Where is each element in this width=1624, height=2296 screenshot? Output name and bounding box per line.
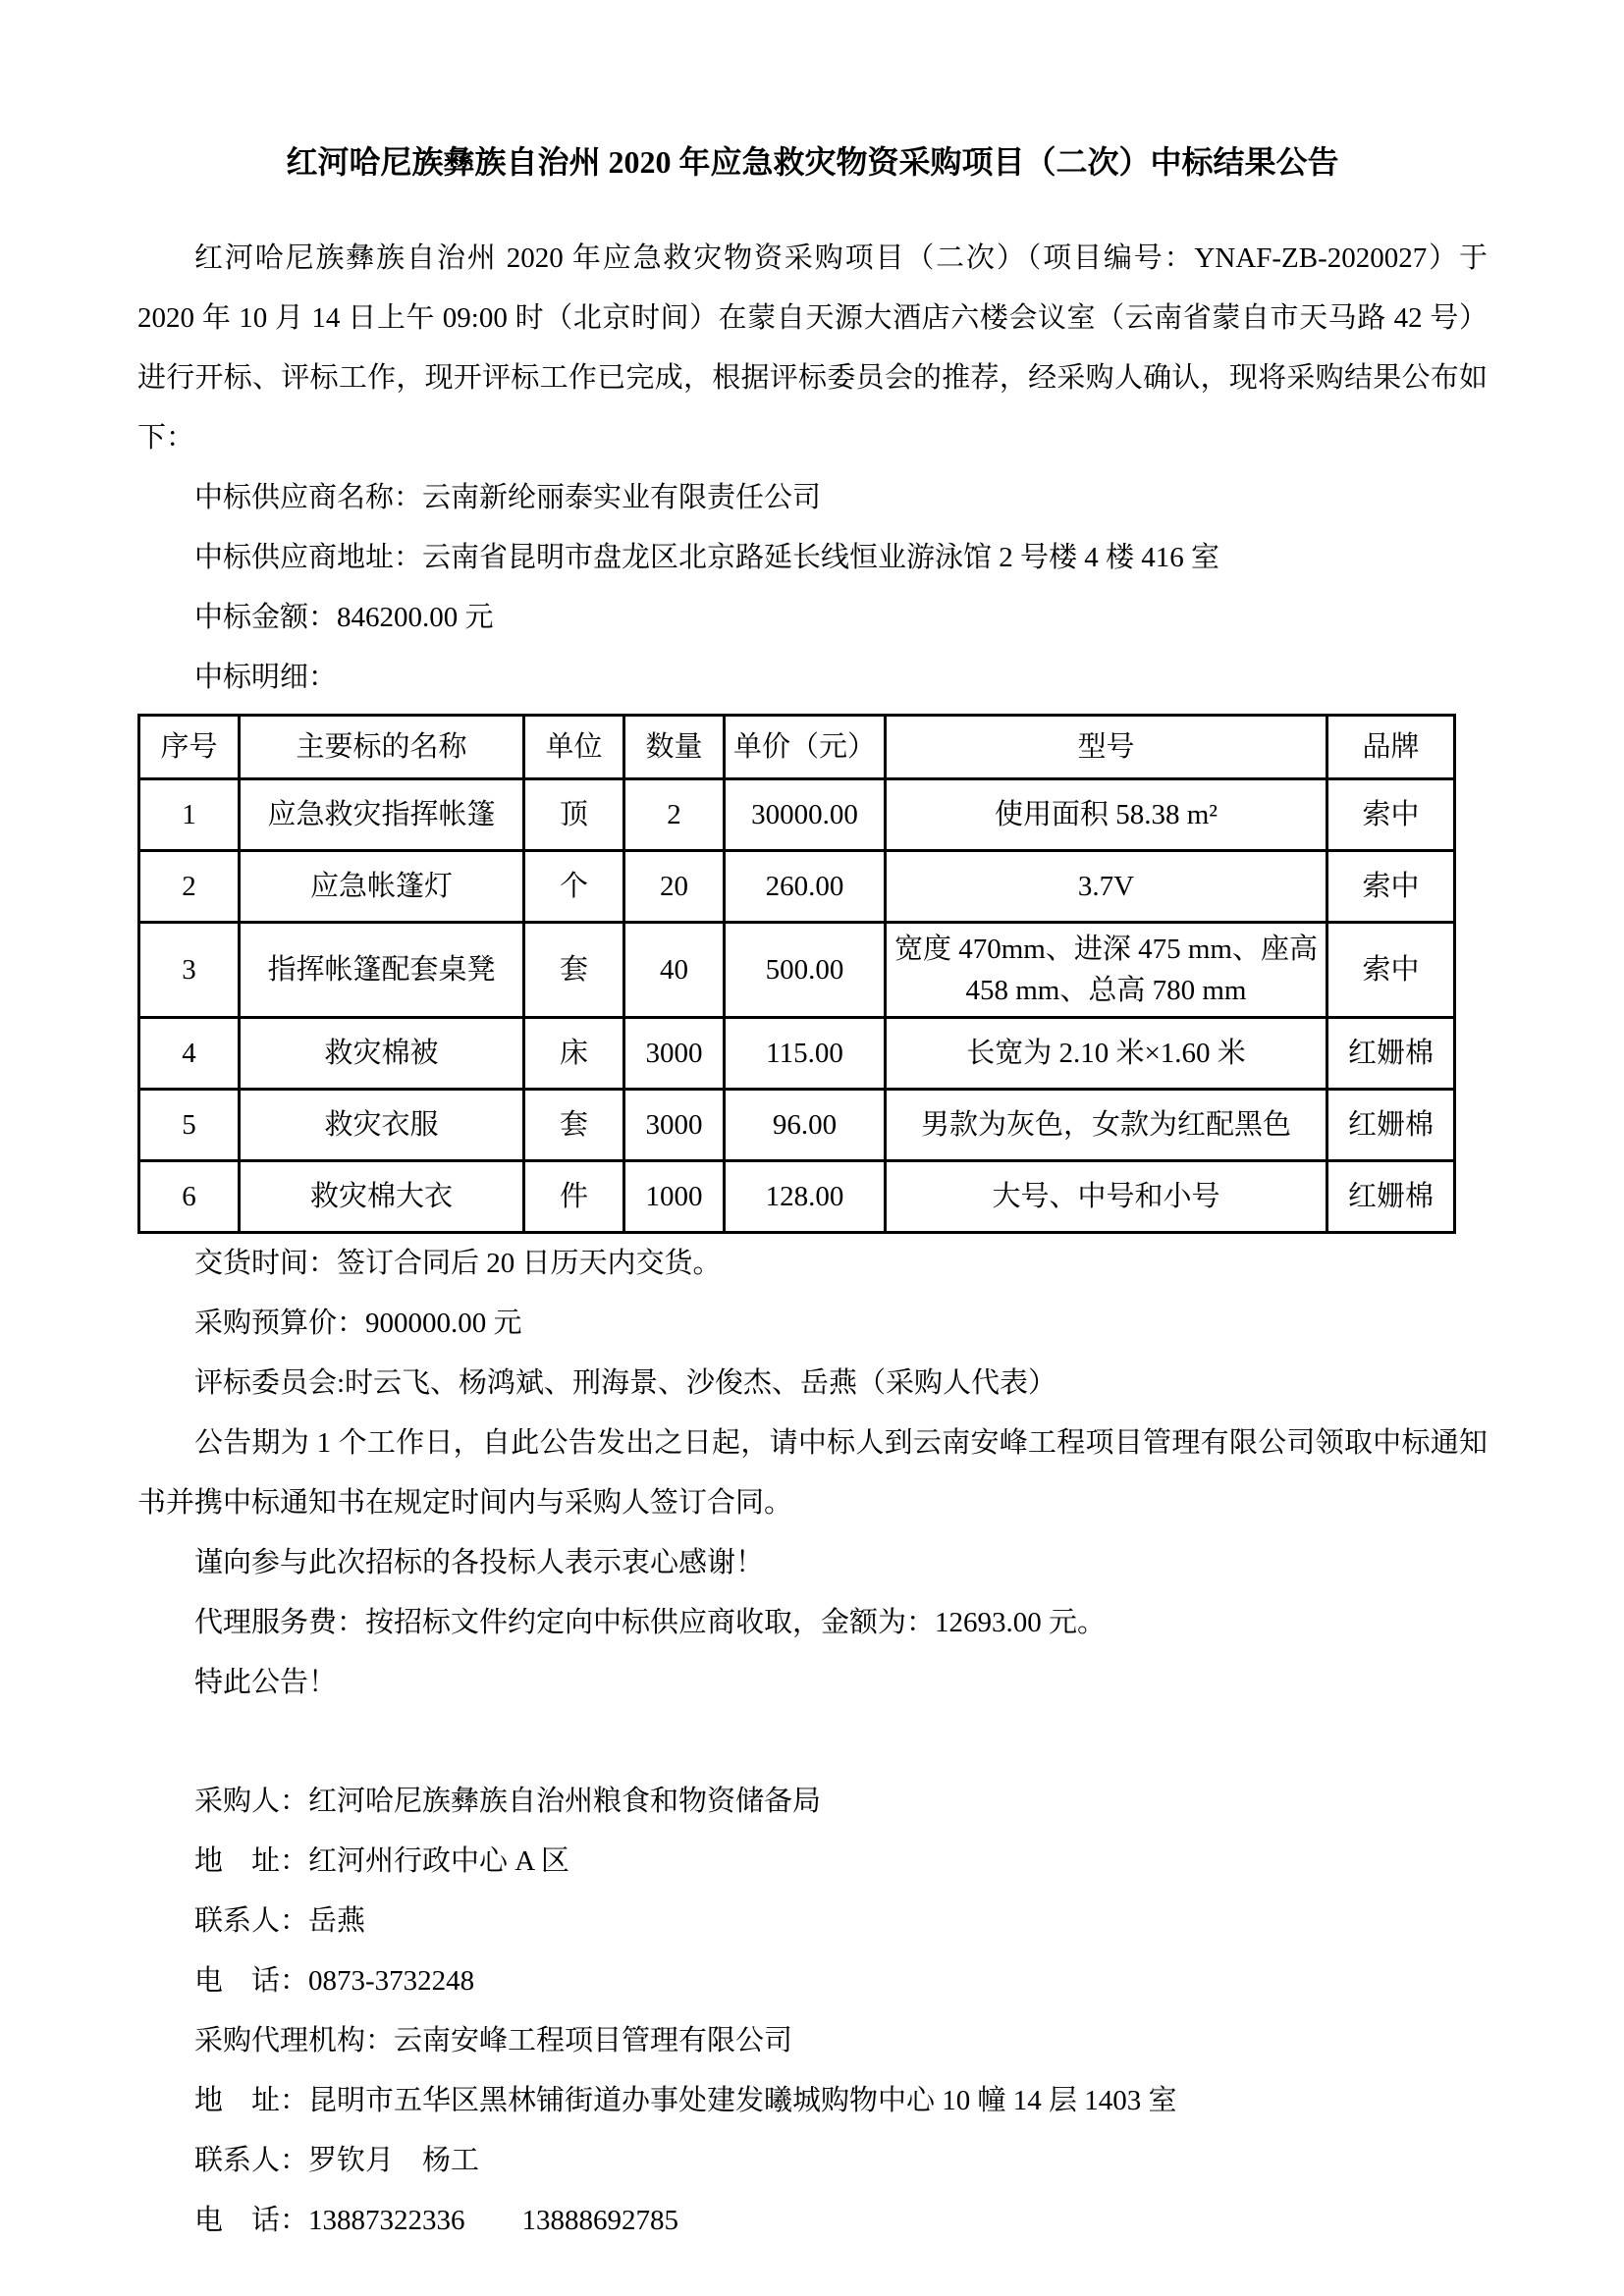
table-row: 5 救灾衣服 套 3000 96.00 男款为灰色，女款为红配黑色 红姗棉 [139,1090,1455,1161]
cell-quantity: 2 [624,779,725,851]
cell-model: 宽度 470mm、进深 475 mm、座高 458 mm、总高 780 mm [886,923,1327,1018]
notice-period-paragraph: 公告期为 1 个工作日，自此公告发出之日起，请中标人到云南安峰工程项目管理有限公… [137,1414,1488,1533]
cell-seq: 4 [139,1018,240,1090]
cell-model: 3.7V [886,851,1327,923]
purchaser-line: 采购人：红河哈尼族彝族自治州粮食和物资储备局 [137,1772,1488,1832]
cell-unit-price: 96.00 [725,1090,886,1161]
evaluation-committee-line: 评标委员会:时云飞、杨鸿斌、刑海景、沙俊杰、岳燕（采购人代表） [137,1354,1488,1414]
table-row: 1 应急救灾指挥帐篷 顶 2 30000.00 使用面积 58.38 m² 索中 [139,779,1455,851]
delivery-time-line: 交货时间：签订合同后 20 日历天内交货。 [137,1234,1488,1294]
cell-model: 大号、中号和小号 [886,1161,1327,1233]
agency-contact-line: 联系人：罗钦月 杨工 [137,2131,1488,2191]
conclusion-line: 特此公告！ [137,1653,1488,1713]
budget-price-line: 采购预算价：900000.00 元 [137,1294,1488,1354]
cell-item-name: 救灾棉被 [240,1018,524,1090]
col-header-model: 型号 [886,716,1327,779]
cell-seq: 2 [139,851,240,923]
col-header-item-name: 主要标的名称 [240,716,524,779]
thanks-line: 谨向参与此次招标的各投标人表示衷心感谢！ [137,1533,1488,1593]
cell-model: 长宽为 2.10 米×1.60 米 [886,1018,1327,1090]
purchaser-address-line: 地 址：红河州行政中心 A 区 [137,1832,1488,1892]
cell-model: 男款为灰色，女款为红配黑色 [886,1090,1327,1161]
cell-quantity: 3000 [624,1018,725,1090]
cell-unit-price: 260.00 [725,851,886,923]
cell-brand: 红姗棉 [1327,1090,1455,1161]
table-header-row: 序号 主要标的名称 单位 数量 单价（元） 型号 品牌 [139,716,1455,779]
cell-seq: 6 [139,1161,240,1233]
cell-unit: 个 [524,851,624,923]
supplier-address-line: 中标供应商地址：云南省昆明市盘龙区北京路延长线恒业游泳馆 2 号楼 4 楼 41… [137,528,1488,588]
agency-line: 采购代理机构：云南安峰工程项目管理有限公司 [137,2011,1488,2071]
cell-unit: 套 [524,1090,624,1161]
cell-quantity: 1000 [624,1161,725,1233]
purchaser-phone-line: 电 话：0873-3732248 [137,1951,1488,2011]
document-page: 红河哈尼族彝族自治州 2020 年应急救灾物资采购项目（二次）中标结果公告 红河… [0,0,1624,2296]
supplier-name-line: 中标供应商名称：云南新纶丽泰实业有限责任公司 [137,468,1488,528]
agency-phone-line: 电 话：13887322336 13888692785 [137,2191,1488,2251]
cell-brand: 索中 [1327,923,1455,1018]
col-header-quantity: 数量 [624,716,725,779]
cell-item-name: 指挥帐篷配套桌凳 [240,923,524,1018]
cell-model: 使用面积 58.38 m² [886,779,1327,851]
cell-quantity: 40 [624,923,725,1018]
cell-quantity: 3000 [624,1090,725,1161]
purchaser-contact-line: 联系人：岳燕 [137,1892,1488,1951]
cell-unit-price: 500.00 [725,923,886,1018]
col-header-unit-price: 单价（元） [725,716,886,779]
cell-seq: 3 [139,923,240,1018]
cell-unit: 床 [524,1018,624,1090]
cell-quantity: 20 [624,851,725,923]
cell-unit-price: 115.00 [725,1018,886,1090]
award-details-table: 序号 主要标的名称 单位 数量 单价（元） 型号 品牌 1 应急救灾指挥帐篷 顶… [137,714,1456,1234]
agency-fee-line: 代理服务费：按招标文件约定向中标供应商收取，金额为：12693.00 元。 [137,1593,1488,1653]
table-row: 2 应急帐篷灯 个 20 260.00 3.7V 索中 [139,851,1455,923]
cell-unit: 件 [524,1161,624,1233]
col-header-seq: 序号 [139,716,240,779]
cell-brand: 索中 [1327,851,1455,923]
award-detail-label: 中标明细： [137,648,1488,708]
cell-brand: 红姗棉 [1327,1018,1455,1090]
table-row: 6 救灾棉大衣 件 1000 128.00 大号、中号和小号 红姗棉 [139,1161,1455,1233]
col-header-brand: 品牌 [1327,716,1455,779]
cell-unit-price: 30000.00 [725,779,886,851]
cell-item-name: 应急帐篷灯 [240,851,524,923]
document-title: 红河哈尼族彝族自治州 2020 年应急救灾物资采购项目（二次）中标结果公告 [137,140,1488,184]
cell-item-name: 救灾衣服 [240,1090,524,1161]
intro-paragraph: 红河哈尼族彝族自治州 2020 年应急救灾物资采购项目（二次）（项目编号：YNA… [137,229,1488,468]
cell-unit: 套 [524,923,624,1018]
cell-unit: 顶 [524,779,624,851]
table-row: 3 指挥帐篷配套桌凳 套 40 500.00 宽度 470mm、进深 475 m… [139,923,1455,1018]
cell-brand: 索中 [1327,779,1455,851]
cell-brand: 红姗棉 [1327,1161,1455,1233]
col-header-unit: 单位 [524,716,624,779]
cell-unit-price: 128.00 [725,1161,886,1233]
cell-item-name: 救灾棉大衣 [240,1161,524,1233]
cell-item-name: 应急救灾指挥帐篷 [240,779,524,851]
cell-seq: 5 [139,1090,240,1161]
contact-block: 采购人：红河哈尼族彝族自治州粮食和物资储备局 地 址：红河州行政中心 A 区 联… [137,1772,1488,2251]
cell-seq: 1 [139,779,240,851]
award-amount-line: 中标金额：846200.00 元 [137,588,1488,648]
agency-address-line: 地 址：昆明市五华区黑林铺街道办事处建发曦城购物中心 10 幢 14 层 140… [137,2071,1488,2131]
table-row: 4 救灾棉被 床 3000 115.00 长宽为 2.10 米×1.60 米 红… [139,1018,1455,1090]
